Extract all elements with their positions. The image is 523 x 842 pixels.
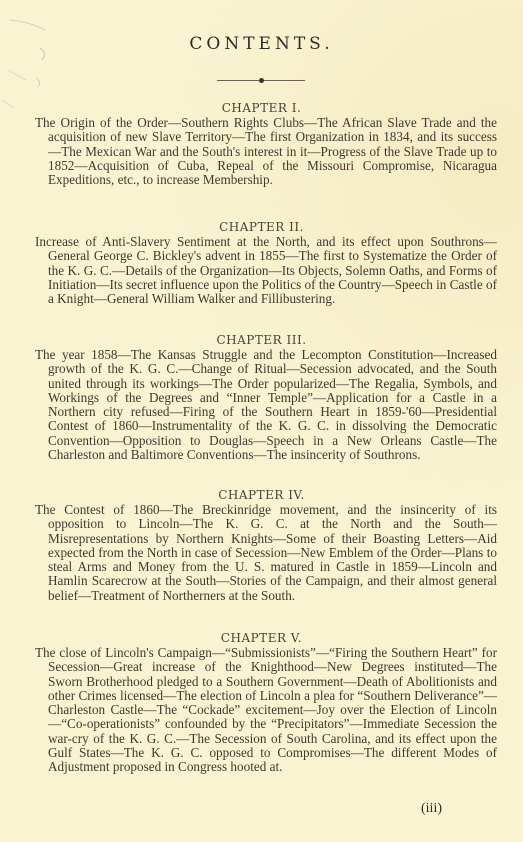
- chapter-heading: CHAPTER IV.: [0, 487, 523, 503]
- chapter-1: CHAPTER I. The Origin of the Order—South…: [0, 100, 523, 187]
- chapter-heading: CHAPTER II.: [0, 219, 523, 235]
- page-number: (iii): [421, 801, 442, 817]
- chapter-heading: CHAPTER V.: [0, 630, 523, 646]
- chapter-5: CHAPTER V. The close of Lincoln's Campai…: [0, 630, 523, 775]
- chapter-summary: Increase of Anti-Slavery Sentiment at th…: [0, 235, 497, 306]
- chapter-summary: The close of Lincoln's Campaign—“Submiss…: [0, 646, 497, 775]
- chapter-heading: CHAPTER III.: [0, 332, 523, 348]
- chapter-3: CHAPTER III. The year 1858—The Kansas St…: [0, 332, 523, 462]
- chapter-summary: The Origin of the Order—Southern Rights …: [0, 116, 497, 187]
- chapter-4: CHAPTER IV. The Contest of 1860—The Brec…: [0, 487, 523, 603]
- chapter-2: CHAPTER II. Increase of Anti-Slavery Sen…: [0, 219, 523, 306]
- title-divider: [217, 80, 305, 81]
- book-page: CONTENTS. CHAPTER I. The Origin of the O…: [0, 0, 523, 842]
- chapter-heading: CHAPTER I.: [0, 100, 523, 116]
- divider-ornament-icon: [259, 78, 264, 83]
- page-title: CONTENTS.: [0, 34, 523, 54]
- chapter-summary: The year 1858—The Kansas Struggle and th…: [0, 348, 497, 462]
- chapter-summary: The Contest of 1860—The Breckinridge mov…: [0, 503, 497, 603]
